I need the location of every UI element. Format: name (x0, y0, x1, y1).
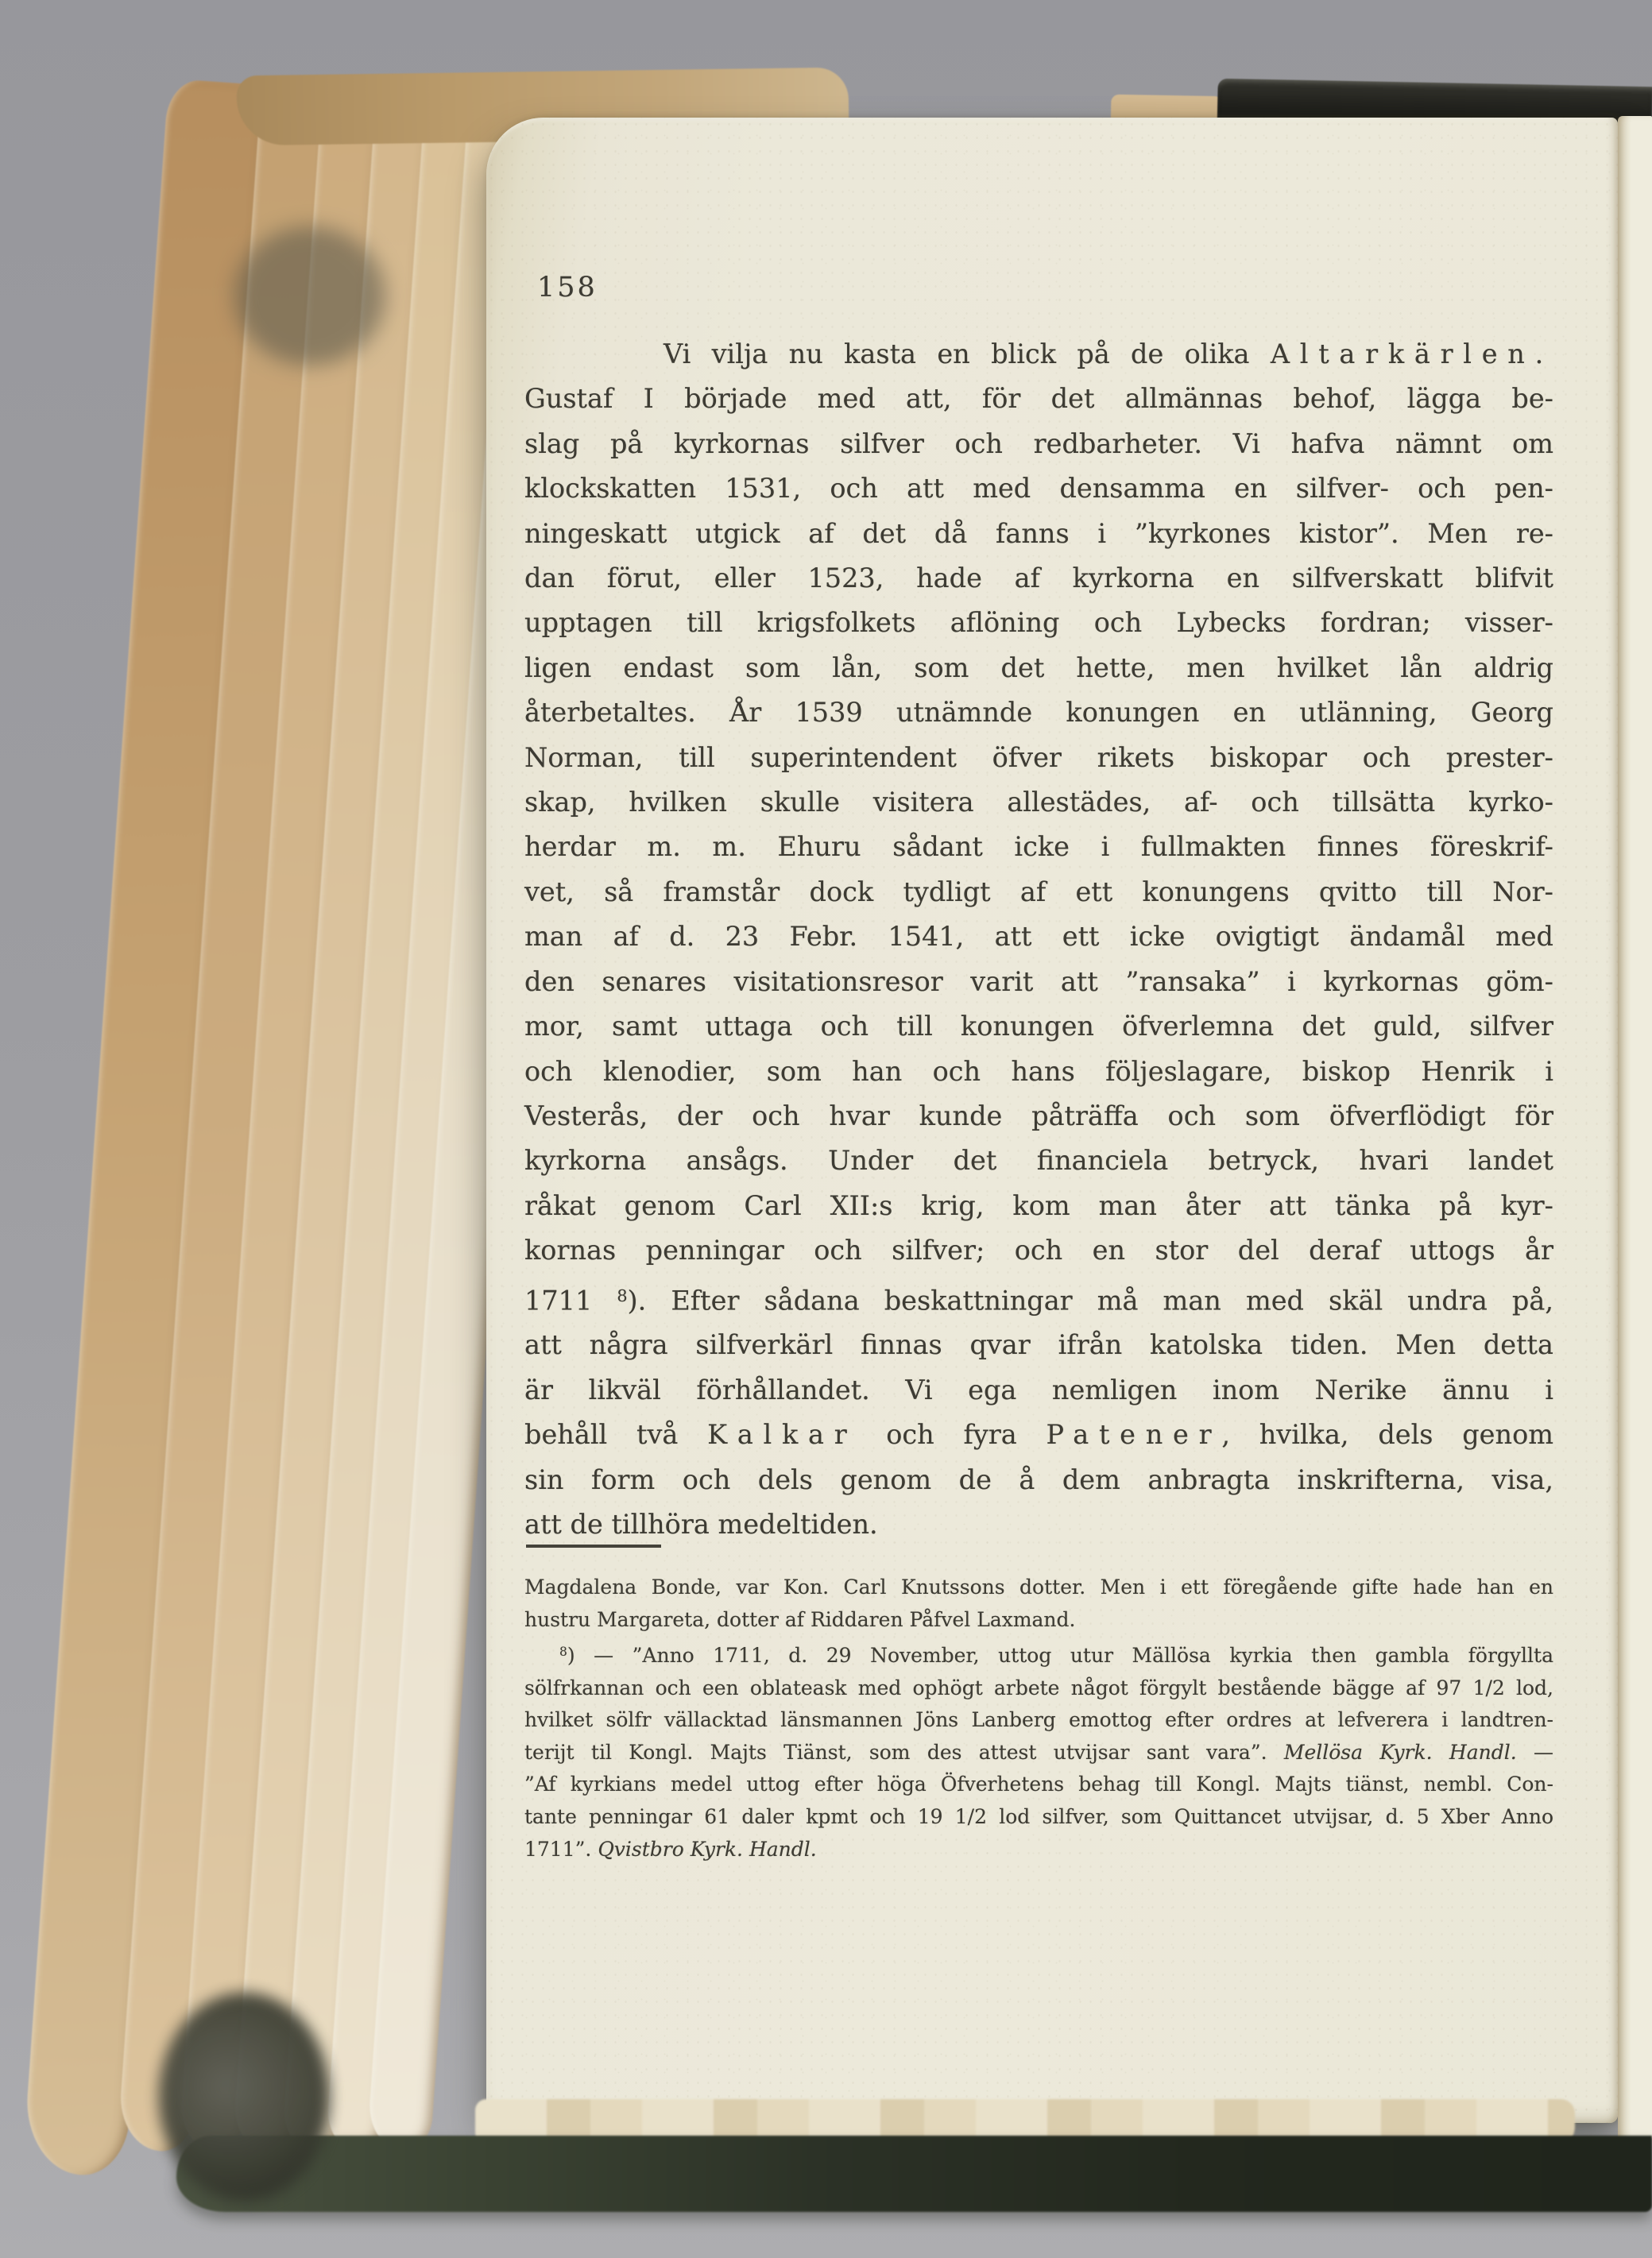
text-segment: kornas penningar och silfver; och en sto… (524, 1235, 1553, 1266)
text-segment: och fyra (857, 1419, 1046, 1450)
body-line: återbetaltes. År 1539 utnämnde konungen … (524, 690, 1553, 735)
cover-corner-shadow (159, 1993, 330, 2201)
text-segment: vet, så framstår dock tydligt af ett kon… (524, 876, 1553, 907)
text-segment: Patener (1047, 1419, 1222, 1450)
text-segment: och klenodier, som han och hans följesla… (524, 1056, 1553, 1087)
body-line: slag på kyrkornas silfver och redbarhete… (524, 422, 1553, 466)
footnote-line: hvilket sölfr vällacktad länsmannen Jöns… (524, 1704, 1553, 1737)
text-segment: den senares visitationsresor varit att ”… (524, 966, 1553, 997)
body-line: är likväl förhållandet. Vi ega nemligen … (524, 1368, 1553, 1413)
underlying-page-edge (1618, 116, 1652, 2139)
footnote-reference: 8 (559, 1645, 567, 1659)
text-segment: Gustaf I började med att, för det allmän… (524, 383, 1553, 414)
text-segment: hustru Margareta, dotter af Riddaren Påf… (524, 1608, 1075, 1631)
body-line: man af d. 23 Febr. 1541, att ett icke ov… (524, 914, 1553, 959)
footnote-reference: 8 (617, 1286, 627, 1305)
text-segment: återbetaltes. År 1539 utnämnde konungen … (524, 697, 1553, 728)
text-segment: dan förut, eller 1523, hade af kyrkorna … (524, 563, 1553, 593)
text-segment: ligen endast som lån, som det hette, men… (524, 652, 1553, 683)
body-line: vet, så framstår dock tydligt af ett kon… (524, 870, 1553, 914)
text-segment: , hvilka, dels genom (1221, 1419, 1553, 1450)
body-line: klockskatten 1531, och att med densamma … (524, 466, 1553, 511)
book-cover-bottom (176, 2136, 1652, 2212)
text-segment: ). Efter sådana beskattningar må man med… (628, 1285, 1553, 1316)
body-line: upptagen till krigsfolkets aflöning och … (524, 601, 1553, 645)
text-segment: klockskatten 1531, och att med densamma … (524, 473, 1553, 504)
text-segment: råkat genom Carl XII:s krig, kom man åte… (524, 1190, 1553, 1221)
text-segment: är likväl förhållandet. Vi ega nemligen … (524, 1375, 1553, 1405)
body-line: 1711 8). Efter sådana beskattningar må m… (524, 1274, 1553, 1324)
body-line: råkat genom Carl XII:s krig, kom man åte… (524, 1184, 1553, 1228)
text-segment: ) — ”Anno 1711, d. 29 November, uttog ut… (567, 1644, 1553, 1667)
text-segment: Altarkärlen. (1271, 338, 1553, 369)
footnote-separator (526, 1545, 661, 1548)
text-segment: Vesterås, der och hvar kunde påträffa oc… (524, 1100, 1553, 1131)
text-segment: — (1517, 1741, 1553, 1764)
body-line: att de tillhöra medeltiden. (524, 1502, 1553, 1547)
body-line: och klenodier, som han och hans följesla… (524, 1050, 1553, 1094)
footnote-line: hustru Margareta, dotter af Riddaren Påf… (524, 1604, 1553, 1637)
body-text: Vi vilja nu kasta en blick på de olika A… (524, 332, 1553, 1547)
text-segment: sin form och dels genom de å dem anbragt… (524, 1464, 1553, 1495)
body-line: Vi vilja nu kasta en blick på de olika A… (524, 332, 1553, 377)
body-line: kornas penningar och silfver; och en sto… (524, 1228, 1553, 1273)
text-segment: herdar m. m. Ehuru sådant icke i fullmak… (524, 831, 1553, 862)
text-segment: att några silfverkärl finnas qvar ifrån … (524, 1329, 1553, 1360)
footnote-line: tante penningar 61 daler kpmt och 19 1/2… (524, 1801, 1553, 1834)
text-segment: sölfrkannan och een oblateask med ophögt… (524, 1676, 1553, 1699)
text-segment: ”Af kyrkians medel uttog efter höga Öfve… (524, 1773, 1553, 1796)
text-segment: hvilket sölfr vällacktad länsmannen Jöns… (524, 1708, 1553, 1731)
text-segment: terijt til Kongl. Majts Tiänst, som des … (524, 1741, 1284, 1764)
footnote-line: sölfrkannan och een oblateask med ophögt… (524, 1672, 1553, 1705)
body-line: mor, samt uttaga och till konungen öfver… (524, 1004, 1553, 1049)
text-segment: Vi vilja nu kasta en blick på de olika (664, 338, 1271, 369)
body-line: sin form och dels genom de å dem anbragt… (524, 1458, 1553, 1502)
page-number: 158 (537, 272, 598, 304)
body-line: skap, hvilken skulle visitera allestädes… (524, 780, 1553, 825)
text-segment: Norman, till superintendent öfver rikets… (524, 742, 1553, 773)
body-line: Gustaf I började med att, för det allmän… (524, 377, 1553, 421)
body-line: behåll två Kalkar och fyra Patener, hvil… (524, 1413, 1553, 1457)
text-segment: behåll två (524, 1419, 707, 1450)
text-segment: Qvistbro Kyrk. Handl. (598, 1838, 816, 1861)
body-line: Norman, till superintendent öfver rikets… (524, 736, 1553, 780)
footnote-line: 1711”. Qvistbro Kyrk. Handl. (524, 1834, 1553, 1866)
text-segment: mor, samt uttaga och till konungen öfver… (524, 1011, 1553, 1042)
text-segment: Mellösa Kyrk. Handl. (1284, 1741, 1517, 1764)
text-segment: tante penningar 61 daler kpmt och 19 1/2… (524, 1805, 1553, 1828)
footnote-line: terijt til Kongl. Majts Tiänst, som des … (524, 1737, 1553, 1769)
body-line: ligen endast som lån, som det hette, men… (524, 646, 1553, 690)
text-segment: upptagen till krigsfolkets aflöning och … (524, 607, 1553, 638)
text-segment: kyrkorna ansågs. Under det financiela be… (524, 1145, 1553, 1176)
footnote-line: ”Af kyrkians medel uttog efter höga Öfve… (524, 1769, 1553, 1801)
scanned-book-photo: 158 Vi vilja nu kasta en blick på de oli… (0, 0, 1652, 2258)
text-segment: Magdalena Bonde, var Kon. Carl Knutssons… (524, 1576, 1553, 1599)
body-line: herdar m. m. Ehuru sådant icke i fullmak… (524, 825, 1553, 869)
text-segment: skap, hvilken skulle visitera allestädes… (524, 787, 1553, 818)
text-segment: 1711 (524, 1285, 617, 1316)
worn-spine-corner (234, 226, 385, 365)
text-segment: slag på kyrkornas silfver och redbarhete… (524, 428, 1553, 459)
body-line: den senares visitationsresor varit att ”… (524, 960, 1553, 1004)
footnote-line: 8) — ”Anno 1711, d. 29 November, uttog u… (524, 1636, 1553, 1672)
text-segment: att de tillhöra medeltiden. (524, 1509, 878, 1540)
body-line: att några silfverkärl finnas qvar ifrån … (524, 1323, 1553, 1367)
body-line: dan förut, eller 1523, hade af kyrkorna … (524, 556, 1553, 601)
text-segment: 1711”. (524, 1838, 598, 1861)
footnote-line: Magdalena Bonde, var Kon. Carl Knutssons… (524, 1572, 1553, 1604)
footnotes: Magdalena Bonde, var Kon. Carl Knutssons… (524, 1572, 1553, 1866)
text-segment: man af d. 23 Febr. 1541, att ett icke ov… (524, 921, 1553, 952)
body-line: Vesterås, der och hvar kunde påträffa oc… (524, 1094, 1553, 1139)
text-segment: Kalkar (707, 1419, 857, 1450)
body-line: ningeskatt utgick af det då fanns i ”kyr… (524, 512, 1553, 556)
text-segment: ningeskatt utgick af det då fanns i ”kyr… (524, 518, 1553, 549)
body-line: kyrkorna ansågs. Under det financiela be… (524, 1139, 1553, 1183)
